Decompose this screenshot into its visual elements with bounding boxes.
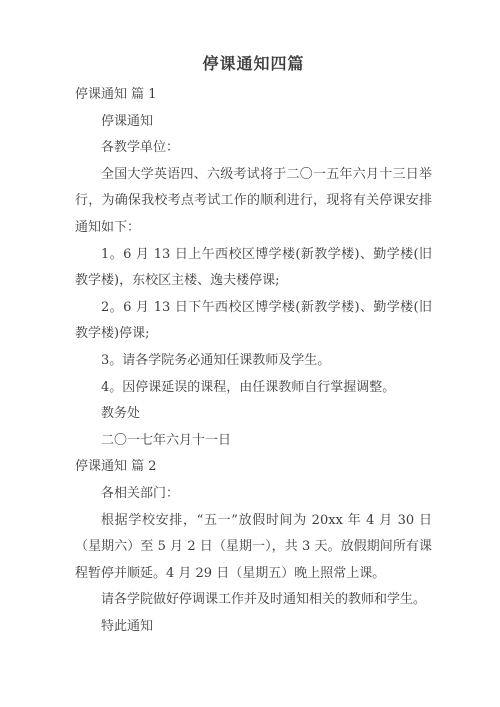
notice-section-1: 停课通知 篇 1 停课通知 各教学单位： 全国大学英语四、六级考试将于二〇一五年… (75, 82, 432, 454)
notice-section-2: 停课通知 篇 2 各相关部门： 根据学校安排，“五一”放假时间为 20xx 年 … (75, 454, 432, 640)
paragraph: 2。6 月 13 日下午西校区博学楼(新教学楼)、勤学楼(旧教学楼)停课; (75, 295, 432, 348)
date-line: 二〇一七年六月十一日 (75, 428, 432, 455)
paragraph: 全国大学英语四、六级考试将于二〇一五年六月十三日举行，为确保我校考点考试工作的顺… (75, 162, 432, 242)
section-2-heading: 停课通知 篇 2 (75, 454, 432, 481)
paragraph: 停课通知 (75, 109, 432, 136)
document-page: 停课通知四篇 停课通知 篇 1 停课通知 各教学单位： 全国大学英语四、六级考试… (0, 0, 500, 707)
paragraph: 各教学单位： (75, 135, 432, 162)
paragraph: 特此通知 (75, 614, 432, 641)
paragraph: 各相关部门： (75, 481, 432, 508)
document-title: 停课通知四篇 (75, 50, 432, 78)
paragraph: 根据学校安排，“五一”放假时间为 20xx 年 4 月 30 日（星期六）至 5… (75, 508, 432, 588)
paragraph: 请各学院做好停调课工作并及时通知相关的教师和学生。 (75, 587, 432, 614)
paragraph: 4。因停课延误的课程，由任课教师自行掌握调整。 (75, 375, 432, 402)
signature-line: 教务处 (75, 401, 432, 428)
section-1-heading: 停课通知 篇 1 (75, 82, 432, 109)
paragraph: 3。请各学院务必通知任课教师及学生。 (75, 348, 432, 375)
paragraph: 1。6 月 13 日上午西校区博学楼(新教学楼)、勤学楼(旧教学楼)，东校区主楼… (75, 242, 432, 295)
